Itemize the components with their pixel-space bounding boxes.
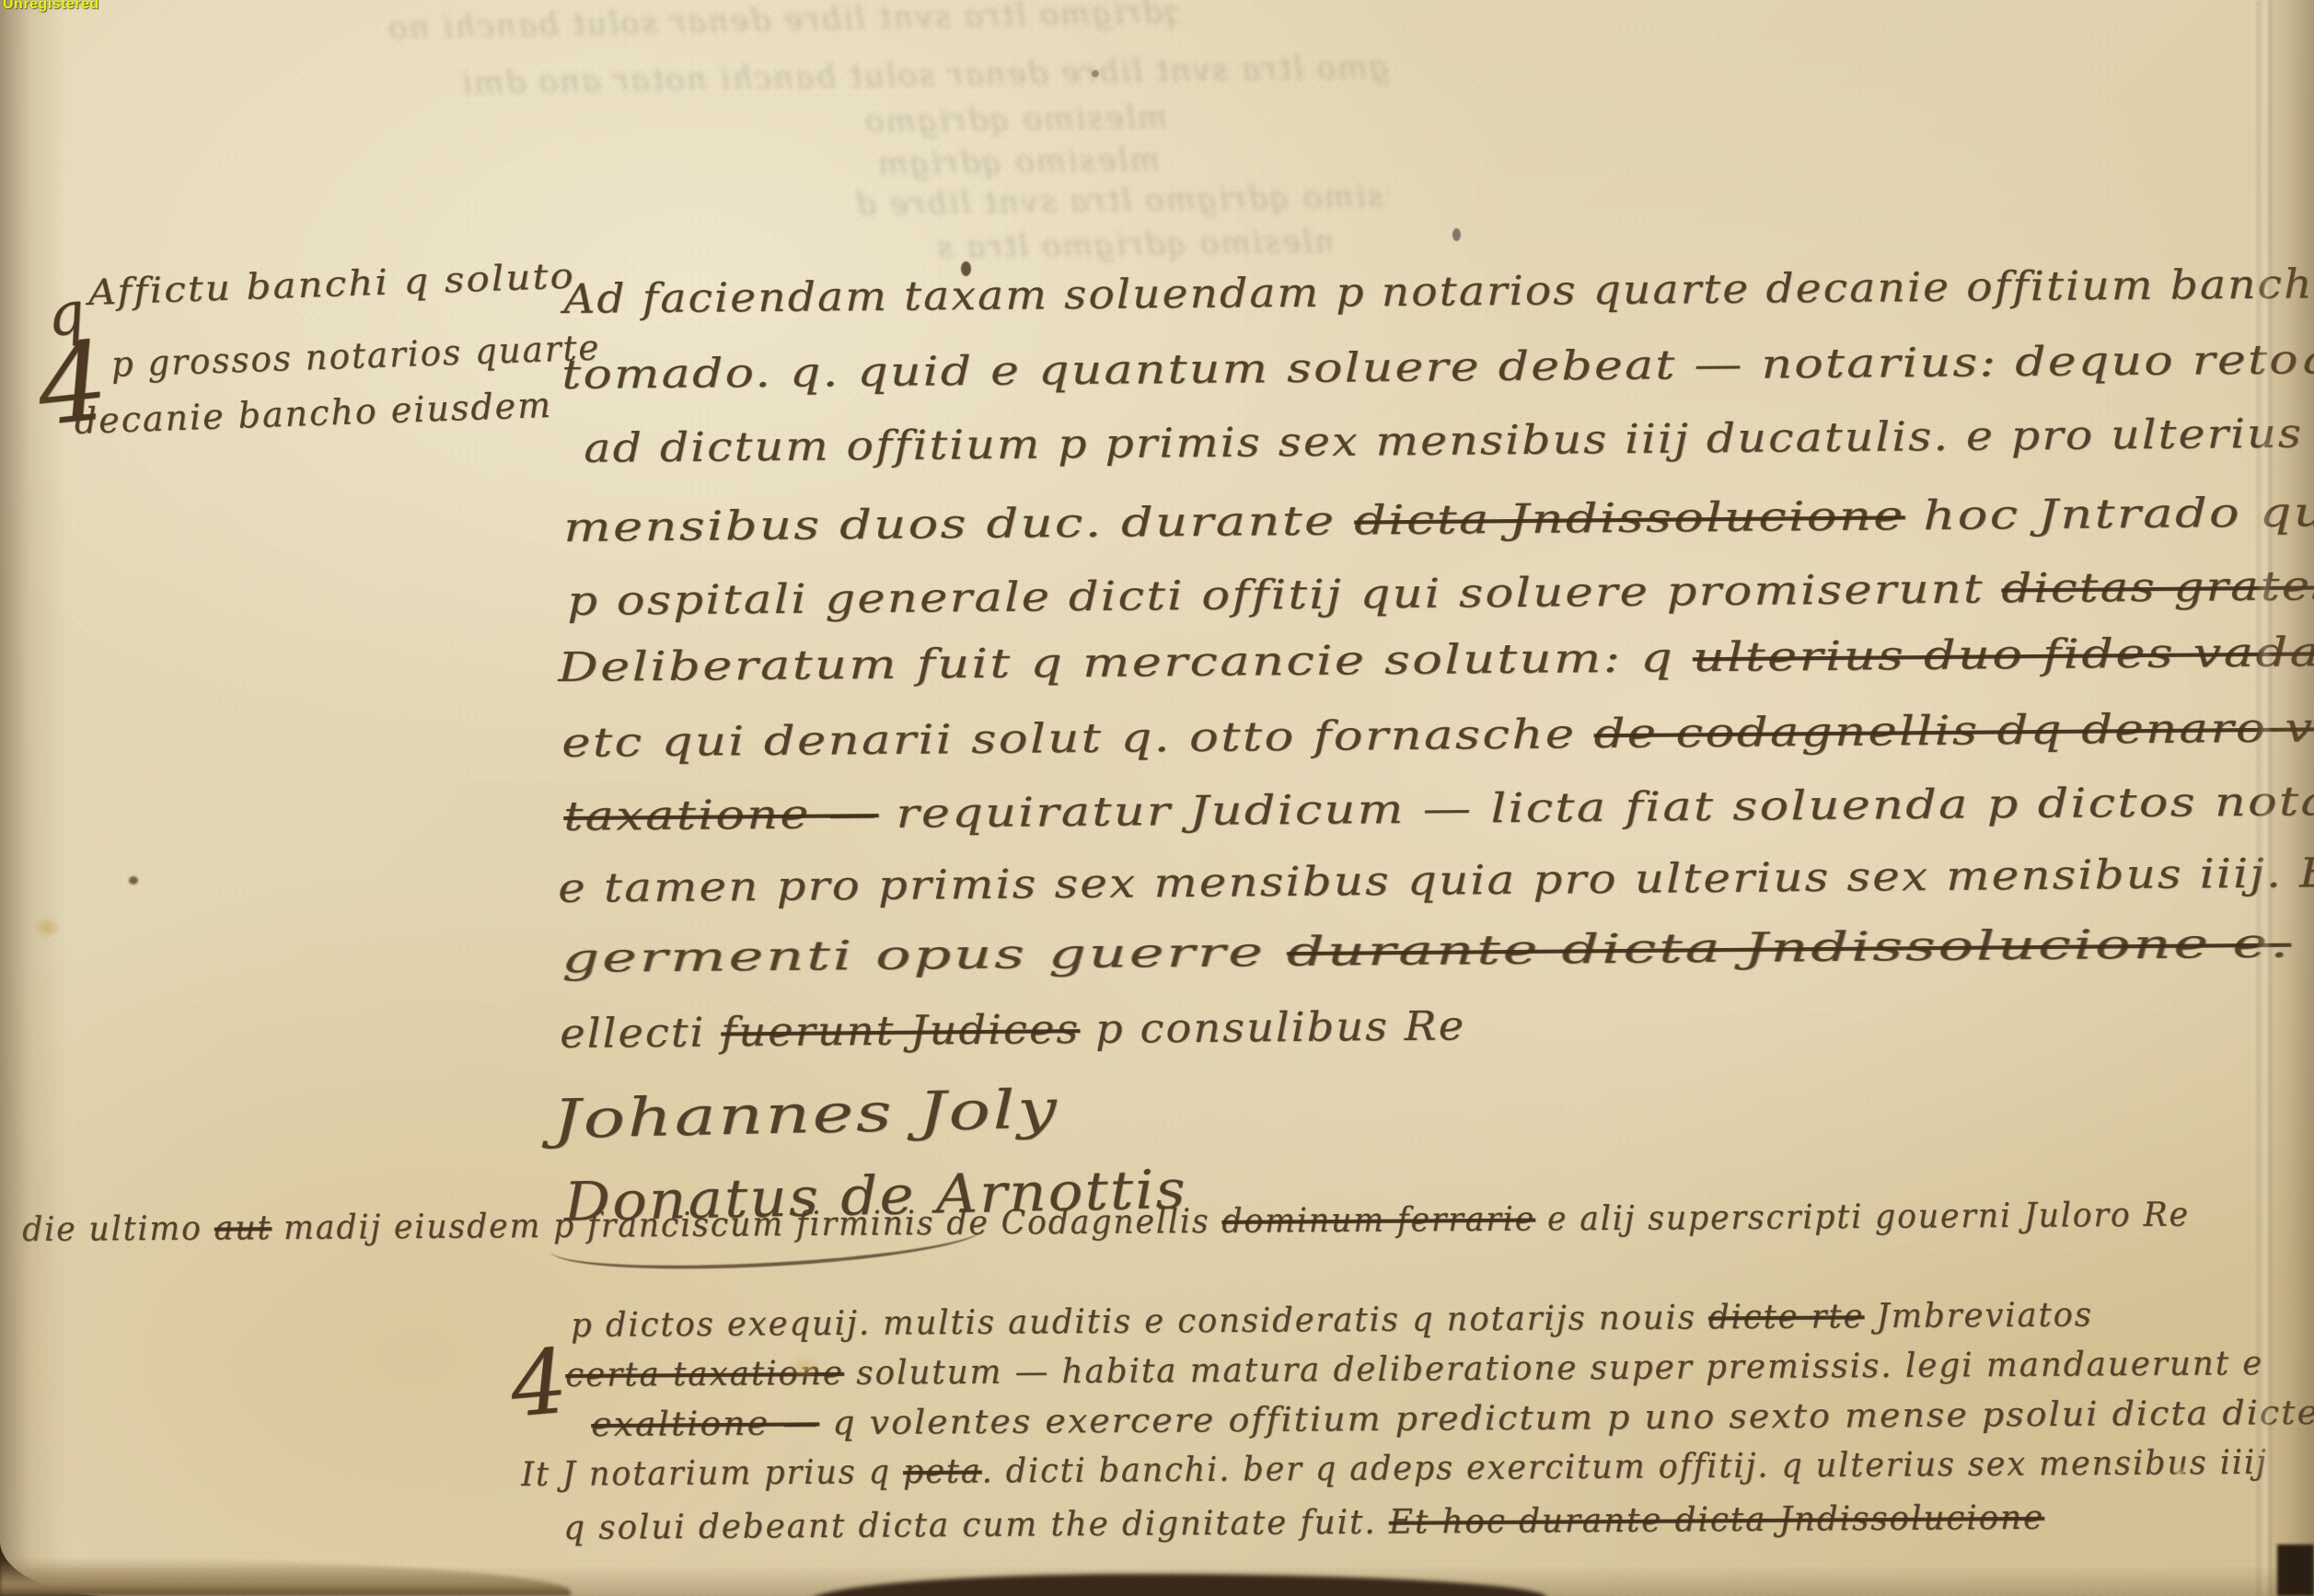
page-crease <box>2257 0 2272 1596</box>
signature-line: Johannes Joly <box>552 1077 1059 1150</box>
paraph-mark: 4 <box>506 1330 572 1438</box>
manuscript-scan: { "watermark": { "label": "Unregistered"… <box>0 0 2314 1596</box>
handwritten-line: ellecti fuerunt Judices p consulibus Re <box>560 1002 1465 1058</box>
bleedthrough-line: ano dmi mlesimo qdrigm <box>876 142 1163 182</box>
bleedthrough-line: ano dmi mlesimo qdrigmo ltra s <box>935 224 1332 267</box>
dark-corner <box>2277 1544 2314 1596</box>
page-left-edge <box>0 0 68 1596</box>
bleedthrough-line: ano dmi mlesimo qdrigmo <box>863 99 1177 141</box>
unregistered-watermark: Unregistered <box>3 0 99 13</box>
